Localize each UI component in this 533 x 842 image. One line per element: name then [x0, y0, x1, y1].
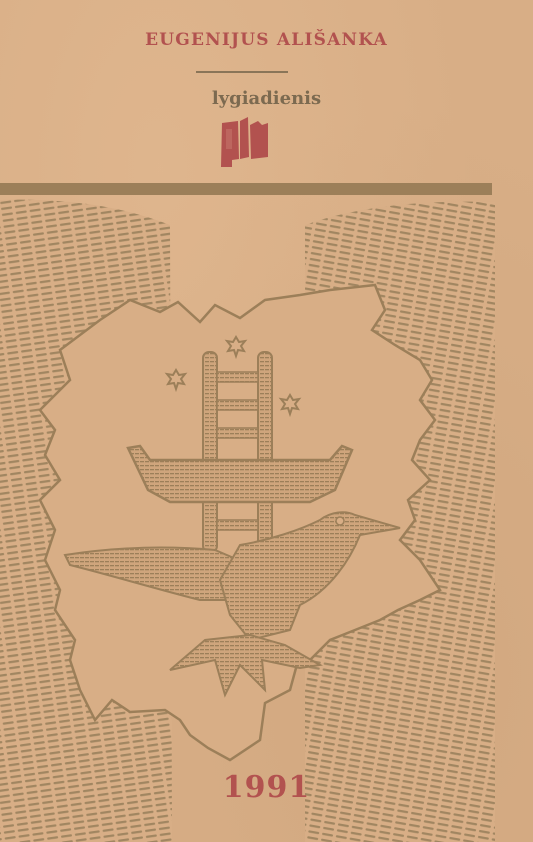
- publication-year: 1991: [0, 770, 533, 805]
- divider-rule: [196, 71, 288, 73]
- header-bar: [0, 183, 492, 195]
- cover-illustration: [0, 198, 495, 842]
- publisher-logo-icon: [218, 115, 270, 168]
- author-name: EUGENIJUS ALIŠANKA: [0, 30, 533, 50]
- book-title: lygiadienis: [0, 88, 533, 109]
